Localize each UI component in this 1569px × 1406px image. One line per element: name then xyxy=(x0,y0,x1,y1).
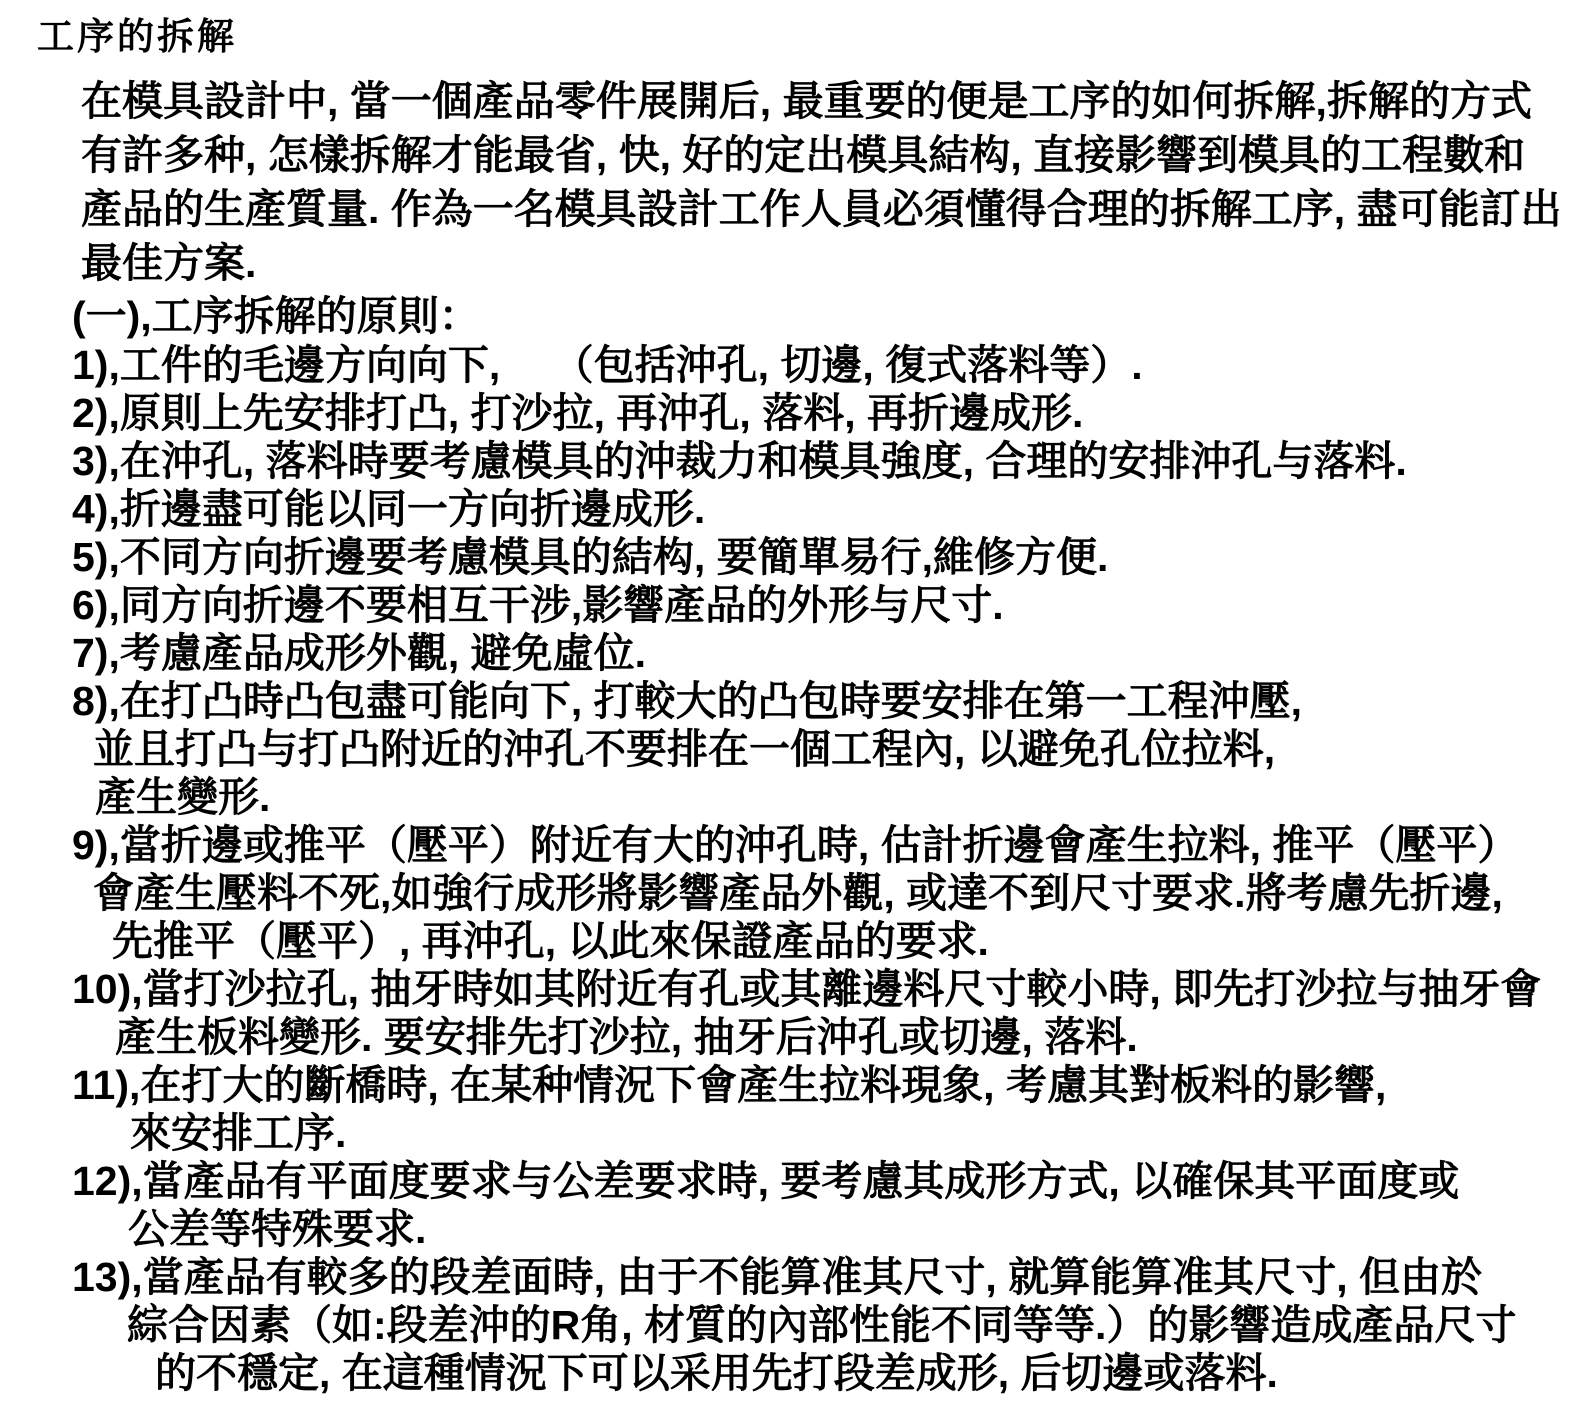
rule-line: 3),在沖孔, 落料時要考慮模具的沖裁力和模具強度, 合理的安排沖孔与落料. xyxy=(0,437,1569,485)
intro-line: 產品的生產質量. 作為一名模具設計工作人員必須懂得合理的拆解工序, 盡可能訂出 xyxy=(0,182,1569,236)
rule-item: 6),同方向折邊不要相互干涉,影響產品的外形与尺寸. xyxy=(0,581,1569,629)
rule-line: 4),折邊盡可能以同一方向折邊成形. xyxy=(0,485,1569,533)
section-heading: (一),工序拆解的原則： xyxy=(0,292,1569,341)
rule-item: 7),考慮產品成形外觀, 避免虛位. xyxy=(0,629,1569,677)
rule-line: 2),原則上先安排打凸, 打沙拉, 再沖孔, 落料, 再折邊成形. xyxy=(0,389,1569,437)
rule-line: 1),工件的毛邊方向向下, （包括沖孔, 切邊, 復式落料等）. xyxy=(0,341,1569,389)
rule-line: 10),當打沙拉孔, 抽牙時如其附近有孔或其離邊料尺寸較小時, 即先打沙拉与抽牙… xyxy=(0,965,1569,1013)
document-page: 工序的拆解 在模具設計中, 當一個產品零件展開后, 最重要的便是工序的如何拆解,… xyxy=(0,0,1569,1397)
rule-line: 12),當產品有平面度要求与公差要求時, 要考慮其成形方式, 以確保其平面度或 xyxy=(0,1157,1569,1205)
rule-line: 9),當折邊或推平（壓平）附近有大的沖孔時, 估計折邊會產生拉料, 推平（壓平） xyxy=(0,821,1569,869)
rule-line: 5),不同方向折邊要考慮模具的結构, 要簡單易行,維修方便. xyxy=(0,533,1569,581)
rule-item: 10),當打沙拉孔, 抽牙時如其附近有孔或其離邊料尺寸較小時, 即先打沙拉与抽牙… xyxy=(0,965,1569,1061)
rule-item: 5),不同方向折邊要考慮模具的結构, 要簡單易行,維修方便. xyxy=(0,533,1569,581)
intro-line: 有許多种, 怎樣拆解才能最省, 快, 好的定出模具結构, 直接影響到模具的工程數… xyxy=(0,128,1569,182)
rule-line: 產生變形. xyxy=(0,773,1569,821)
rule-line: 綜合因素（如:段差沖的R角, 材質的內部性能不同等等.）的影響造成產品尺寸 xyxy=(0,1301,1569,1349)
rule-line: 11),在打大的斷橋時, 在某种情況下會產生拉料現象, 考慮其對板料的影響, xyxy=(0,1061,1569,1109)
rule-line: 來安排工序. xyxy=(0,1109,1569,1157)
rule-item: 13),當產品有較多的段差面時, 由于不能算准其尺寸, 就算能算准其尺寸, 但由… xyxy=(0,1253,1569,1397)
rule-line: 並且打凸与打凸附近的沖孔不要排在一個工程內, 以避免孔位拉料, xyxy=(0,725,1569,773)
rule-item: 12),當產品有平面度要求与公差要求時, 要考慮其成形方式, 以確保其平面度或公… xyxy=(0,1157,1569,1253)
rule-item: 1),工件的毛邊方向向下, （包括沖孔, 切邊, 復式落料等）. xyxy=(0,341,1569,389)
rule-item: 4),折邊盡可能以同一方向折邊成形. xyxy=(0,485,1569,533)
page-title: 工序的拆解 xyxy=(0,0,1569,58)
rule-line: 產生板料變形. 要安排先打沙拉, 抽牙后沖孔或切邊, 落料. xyxy=(0,1013,1569,1061)
rule-line: 會產生壓料不死,如強行成形將影響產品外觀, 或達不到尺寸要求.將考慮先折邊, xyxy=(0,869,1569,917)
intro-line: 最佳方案. xyxy=(0,236,1569,290)
rule-line: 6),同方向折邊不要相互干涉,影響產品的外形与尺寸. xyxy=(0,581,1569,629)
rule-line: 13),當產品有較多的段差面時, 由于不能算准其尺寸, 就算能算准其尺寸, 但由… xyxy=(0,1253,1569,1301)
intro-line: 在模具設計中, 當一個產品零件展開后, 最重要的便是工序的如何拆解,拆解的方式 xyxy=(0,74,1569,128)
rule-line: 8),在打凸時凸包盡可能向下, 打較大的凸包時要安排在第一工程沖壓, xyxy=(0,677,1569,725)
rule-item: 11),在打大的斷橋時, 在某种情況下會產生拉料現象, 考慮其對板料的影響,來安… xyxy=(0,1061,1569,1157)
rule-line: 公差等特殊要求. xyxy=(0,1205,1569,1253)
rule-item: 8),在打凸時凸包盡可能向下, 打較大的凸包時要安排在第一工程沖壓,並且打凸与打… xyxy=(0,677,1569,821)
rule-item: 3),在沖孔, 落料時要考慮模具的沖裁力和模具強度, 合理的安排沖孔与落料. xyxy=(0,437,1569,485)
rule-line: 的不穩定, 在這種情況下可以采用先打段差成形, 后切邊或落料. xyxy=(0,1349,1569,1397)
intro-paragraph: 在模具設計中, 當一個產品零件展開后, 最重要的便是工序的如何拆解,拆解的方式有… xyxy=(0,74,1569,290)
rule-line: 先推平（壓平）, 再沖孔, 以此來保證產品的要求. xyxy=(0,917,1569,965)
rule-item: 9),當折邊或推平（壓平）附近有大的沖孔時, 估計折邊會產生拉料, 推平（壓平）… xyxy=(0,821,1569,965)
rules-list: 1),工件的毛邊方向向下, （包括沖孔, 切邊, 復式落料等）.2),原則上先安… xyxy=(0,341,1569,1397)
rule-item: 2),原則上先安排打凸, 打沙拉, 再沖孔, 落料, 再折邊成形. xyxy=(0,389,1569,437)
rule-line: 7),考慮產品成形外觀, 避免虛位. xyxy=(0,629,1569,677)
